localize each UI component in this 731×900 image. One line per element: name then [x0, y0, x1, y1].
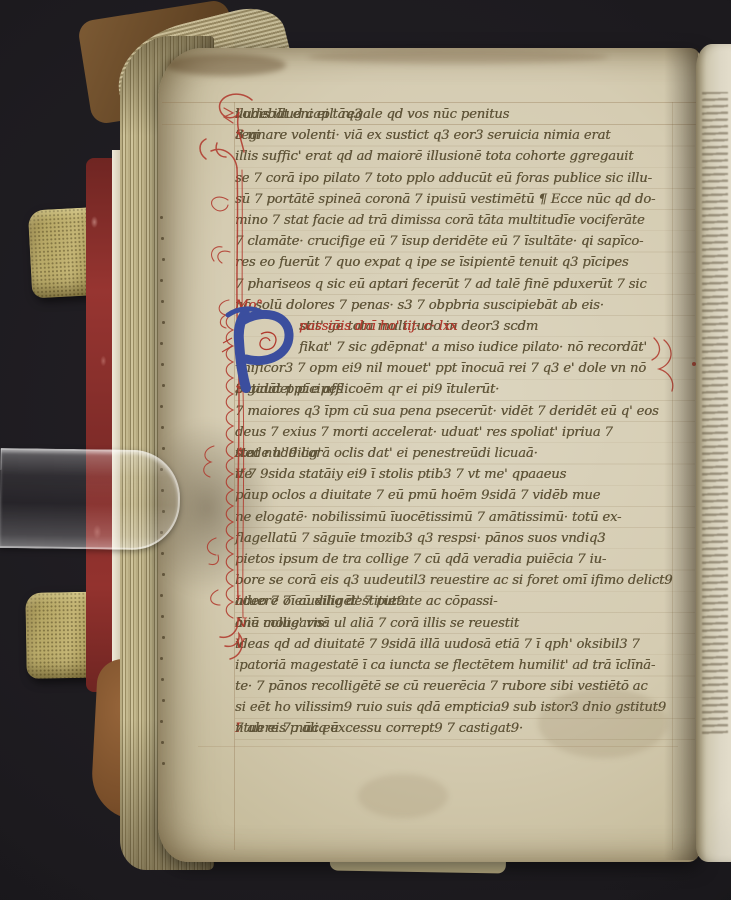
- manuscript-line: illis suffic' erat qd ad maiorē illusion…: [235, 146, 695, 167]
- manuscript-line: te· 7 pānos recolligētē se cū reuerēcia …: [235, 676, 695, 697]
- stain: [308, 50, 608, 64]
- pricking-dot: [162, 447, 165, 450]
- pricking-dot: [160, 720, 163, 723]
- pricking-dot: [161, 678, 164, 681]
- manuscript-line: flagellatū 7 sāguīe tmozib3 q3 respsi· p…: [235, 528, 695, 549]
- manuscript-line: stat nud9 corā oclis dat' ei penestreūdi…: [235, 443, 695, 464]
- pricking-dot: [162, 762, 165, 765]
- pricking-dot: [160, 594, 163, 597]
- stain: [358, 774, 448, 818]
- manuscript-line: one mouearis· Nā iū collig' vnā ul aliā …: [235, 613, 695, 634]
- pricking-dot: [161, 552, 164, 555]
- facing-page-text-blur: [702, 92, 728, 734]
- photograph-medieval-manuscript: vobis illud capl' regale qd vos nūc peni…: [0, 0, 731, 900]
- text-block: vobis illud capl' regale qd vos nūc peni…: [235, 104, 695, 740]
- manuscript-line: res eo fuerūt 7 quo expat q ipe se īsipi…: [235, 252, 695, 273]
- pricking-dot: [160, 657, 163, 660]
- gutter-valley-shadow: [664, 48, 698, 860]
- manuscript-line: regnare volenti· viā ex sustict q3 eor3 …: [235, 125, 695, 146]
- pricking-dot: [162, 258, 165, 261]
- pricking-dot: [161, 363, 164, 366]
- manuscript-line: Videas qd ad diuitatē 7 9sidā illā uudos…: [235, 634, 695, 655]
- manuscript-line: sū 7 portātē spineā coronā 7 ipuisū vest…: [235, 189, 695, 210]
- manuscript-line: vnificor3 7 opm ei9 nil mouet' ppt īnocu…: [235, 358, 695, 379]
- manuscript-line: ne elogatē· nobilissimū īuocētissimū 7 a…: [235, 507, 695, 528]
- manuscript-line: 7 clamāte· crucifige eū 7 īsup deridēte …: [235, 231, 695, 252]
- pricking-dot: [162, 699, 165, 702]
- manuscript-line: 7 maiores q3 īpm cū sua pena psecerūt· v…: [235, 401, 695, 422]
- pricking-dot: [161, 426, 164, 429]
- pricking-dot: [162, 636, 165, 639]
- pricking-dot: [160, 216, 163, 219]
- manuscript-line: stit' ge tota multitudo in deor3 scdm pa…: [235, 316, 695, 337]
- manuscript-line: adeo 7 oī auxilio destitut9· Intuere 7 e…: [235, 591, 695, 612]
- manuscript-line: nō solū dolores 7 penas· s3 7 obpbria su…: [235, 295, 695, 316]
- manuscript-page: vobis illud capl' regale qd vos nūc peni…: [158, 48, 700, 862]
- ruling-line: [162, 102, 696, 103]
- manuscript-line: pāup oclos a diuitate 7 eū pmū hoēm 9sid…: [235, 485, 695, 506]
- manuscript-line: fikat' 7 sic gdēpnat' a miso iudice pila…: [235, 337, 695, 358]
- pricking-dot: [161, 741, 164, 744]
- pricking-dot: [160, 342, 163, 345]
- manuscript-line: t' 7 9sida statāiy ei9 ī stolis ptib3 7 …: [235, 464, 695, 485]
- glass-weight: [0, 448, 181, 551]
- manuscript-line: mino 7 stat facie ad trā dimissa corā tā…: [235, 210, 695, 231]
- red-leather-spine-edge: [86, 158, 114, 692]
- facing-page: [696, 44, 731, 862]
- manuscript-line: bore se corā eis q3 uudeutil3 reuestire …: [235, 570, 695, 591]
- manuscript-line: 7 ab eis p aliq excessu corrept9 7 casti…: [235, 718, 695, 739]
- manuscript-line: deus 7 exius 7 morti accelerat· uduat' r…: [235, 422, 695, 443]
- manuscript-line: petidāt ppt e afflicoēm qr ei pi9 ītuler…: [235, 379, 695, 400]
- pricking-dot: [162, 384, 165, 387]
- stain: [166, 54, 286, 76]
- pricking-dot: [161, 300, 164, 303]
- pricking-dot: [162, 573, 165, 576]
- manuscript-line: vobis illud capl' regale qd vos nūc peni…: [235, 104, 695, 125]
- pricking-dot: [162, 321, 165, 324]
- ruling-line: [198, 746, 678, 747]
- pricking-dot: [160, 279, 163, 282]
- manuscript-line: ipatoriā magestatē ī ca iuncta se flectē…: [235, 655, 695, 676]
- pricking-dot: [160, 405, 163, 408]
- pricking-dot: [161, 237, 164, 240]
- manuscript-line: pietos ipsum de tra collige 7 cū qdā ver…: [235, 549, 695, 570]
- manuscript-line: si eēt ho vilissim9 ruio suis qdā emptic…: [235, 697, 695, 718]
- pricking-dot: [161, 615, 164, 618]
- manuscript-line: se 7 corā ipo pilato 7 toto pplo adducūt…: [235, 168, 695, 189]
- manuscript-line: 7 phariseos q sic eū aptari fecerūt 7 ad…: [235, 274, 695, 295]
